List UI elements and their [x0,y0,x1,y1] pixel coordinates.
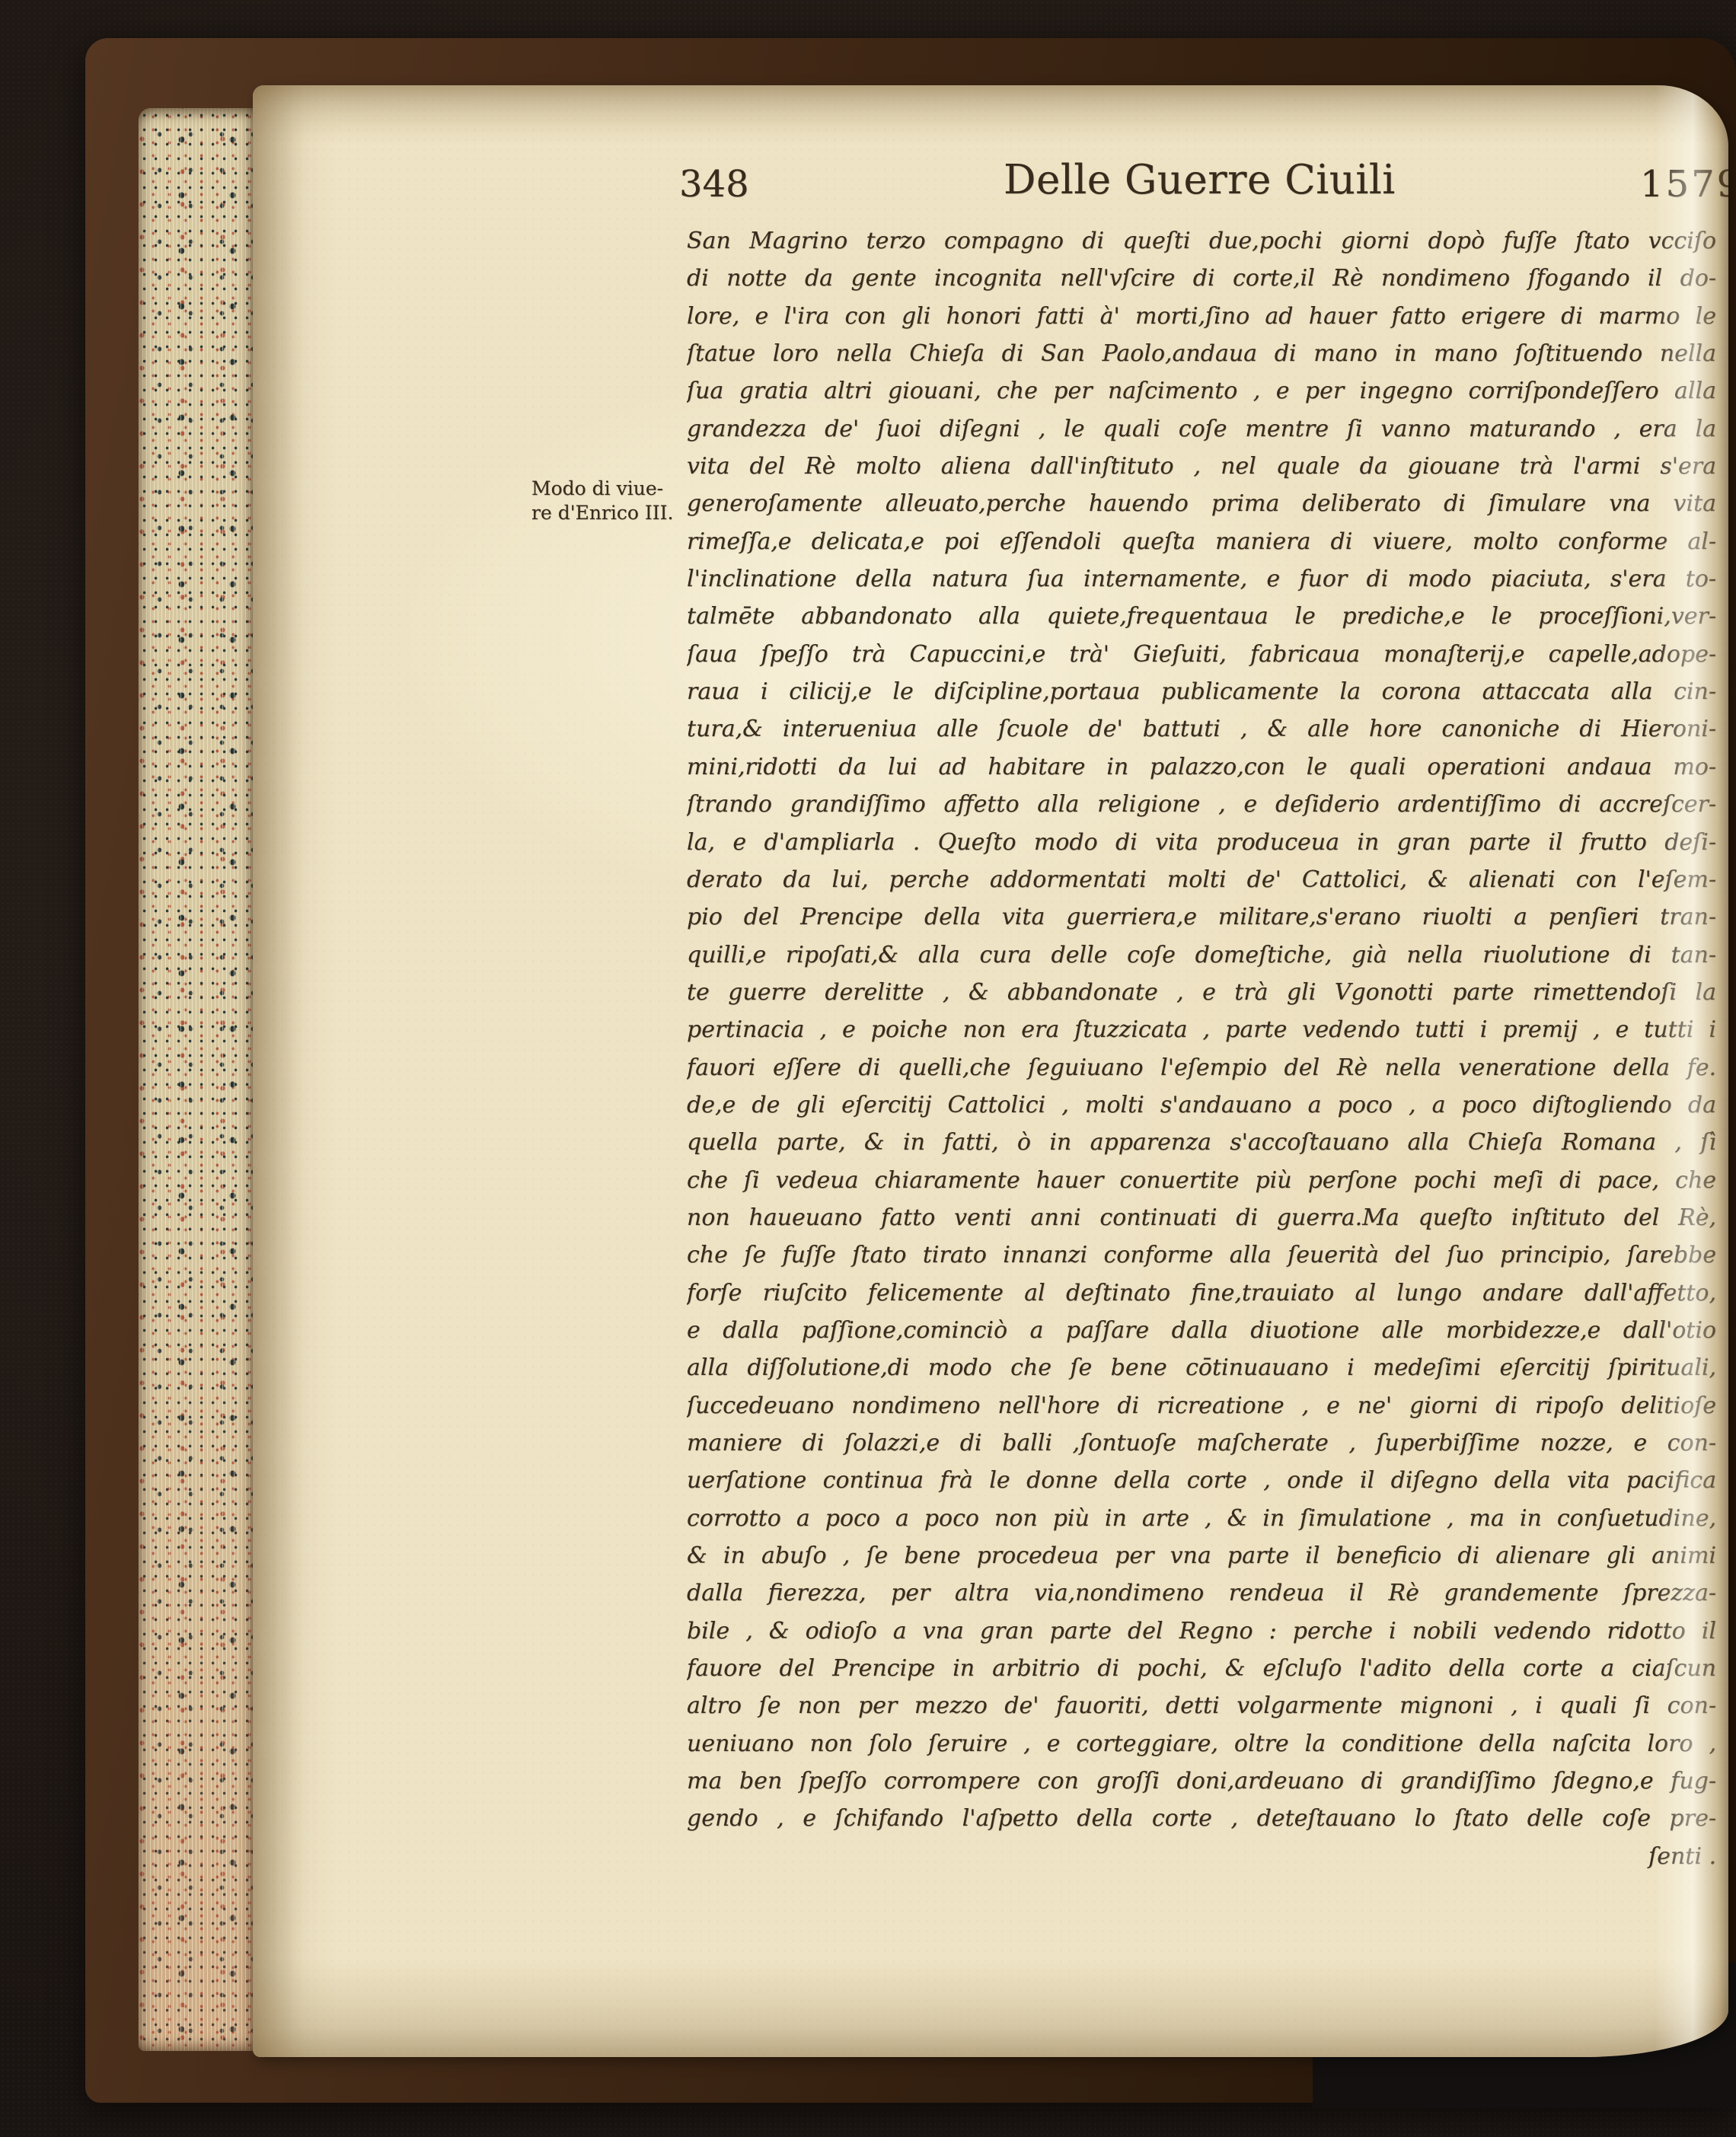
margin-note-line-1: Modo di viue- [531,477,693,501]
text-line: generoſamente alleuato,perche hauendo pr… [687,485,1716,522]
text-line: uerſatione continua frà le donne della c… [687,1462,1716,1499]
text-line: pio del Prencipe della vita guerriera,e … [687,898,1716,936]
text-line: rimeſſa,e delicata,e poi eſſendoli queſt… [687,523,1716,560]
text-line: forſe riuſcito felicemente al deſtinato … [687,1274,1716,1312]
text-line: ma ben ſpeſſo corrompere con groſſi doni… [687,1762,1716,1800]
text-line: grandezza de' ſuoi diſegni , le quali co… [687,410,1716,448]
text-line: fauore del Prencipe in arbitrio di pochi… [687,1650,1716,1687]
margin-note: Modo di viue- re d'Enrico III. [531,477,693,525]
book-page: 348 Delle Guerre Ciuili 1579 Modo di viu… [253,85,1728,2057]
text-line: quella parte, & in fatti, ò in apparenza… [687,1124,1716,1161]
page-header: 348 Delle Guerre Ciuili 1579 [253,85,1728,215]
book-photo: 348 Delle Guerre Ciuili 1579 Modo di viu… [0,0,1736,2137]
text-line: raua i cilicij,e le diſcipline,portaua p… [687,673,1716,710]
body-text: San Magrino terzo compagno di queſti due… [687,222,1716,1875]
margin-note-line-2: re d'Enrico III. [531,501,693,525]
text-line: che ſi vedeua chiaramente hauer conuerti… [687,1162,1716,1199]
text-line: te guerre derelitte , & abbandonate , e … [687,974,1716,1011]
text-line: ſaua ſpeſſo trà Capuccini,e trà' Gieſuit… [687,636,1716,673]
text-line: talmēte abbandonato alla quiete,frequent… [687,598,1716,635]
text-line: lore, e l'ira con gli honori fatti à' mo… [687,298,1716,335]
text-line: altro ſe non per mezzo de' fauoriti, det… [687,1687,1716,1724]
text-line: de,e de gli eſercitij Cattolici , molti … [687,1086,1716,1124]
text-line: di notte da gente incognita nell'vſcire … [687,260,1716,297]
text-line: che ſe fuſſe ſtato tirato innanzi confor… [687,1236,1716,1274]
text-line: bile , & odioſo a vna gran parte del Reg… [687,1612,1716,1650]
text-line: ſtatue loro nella Chieſa di San Paolo,an… [687,335,1716,372]
text-line: derato da lui, perche addormentati molti… [687,861,1716,898]
page-fore-edge [139,108,254,2051]
text-line: ſenti . [687,1838,1716,1875]
text-line: ueniuano non ſolo ſeruire , e corteggiar… [687,1725,1716,1762]
text-line: maniere di ſolazzi,e di balli ,ſontuoſe … [687,1424,1716,1462]
text-line: alla diſſolutione,di modo che ſe bene cō… [687,1349,1716,1386]
text-line: non haueuano fatto venti anni continuati… [687,1199,1716,1236]
text-line: San Magrino terzo compagno di queſti due… [687,222,1716,260]
text-line: ſtrando grandiſſimo affetto alla religio… [687,786,1716,823]
book-cover: 348 Delle Guerre Ciuili 1579 Modo di viu… [85,38,1736,2103]
text-line: quilli,e ripoſati,& alla cura delle coſe… [687,936,1716,974]
text-line: tura,& interueniua alle ſcuole de' battu… [687,710,1716,748]
page-number: 348 [679,163,749,206]
text-line: fauori eſſere di quelli,che ſeguiuano l'… [687,1049,1716,1086]
text-line: ſua gratia altri giouani, che per naſcim… [687,372,1716,410]
text-line: l'inclinatione della natura ſua internam… [687,560,1716,598]
text-line: mini,ridotti da lui ad habitare in palaz… [687,748,1716,786]
text-line: ſuccedeuano nondimeno nell'hore di ricre… [687,1387,1716,1424]
text-line: pertinacia , e poiche non era ſtuzzicata… [687,1011,1716,1048]
year-number: 1579 [1640,163,1728,206]
text-line: dalla fierezza, per altra via,nondimeno … [687,1574,1716,1612]
running-title: Delle Guerre Ciuili [1004,157,1396,203]
text-line: gendo , e ſchifando l'aſpetto della cort… [687,1800,1716,1837]
text-line: corrotto a poco a poco non più in arte ,… [687,1500,1716,1537]
text-line: la, e d'ampliarla . Queſto modo di vita … [687,824,1716,861]
text-line: & in abuſo , ſe bene procedeua per vna p… [687,1537,1716,1574]
text-line: e dalla paſſione,cominciò a paſſare dall… [687,1312,1716,1349]
text-line: vita del Rè molto aliena dall'inſtituto … [687,448,1716,485]
